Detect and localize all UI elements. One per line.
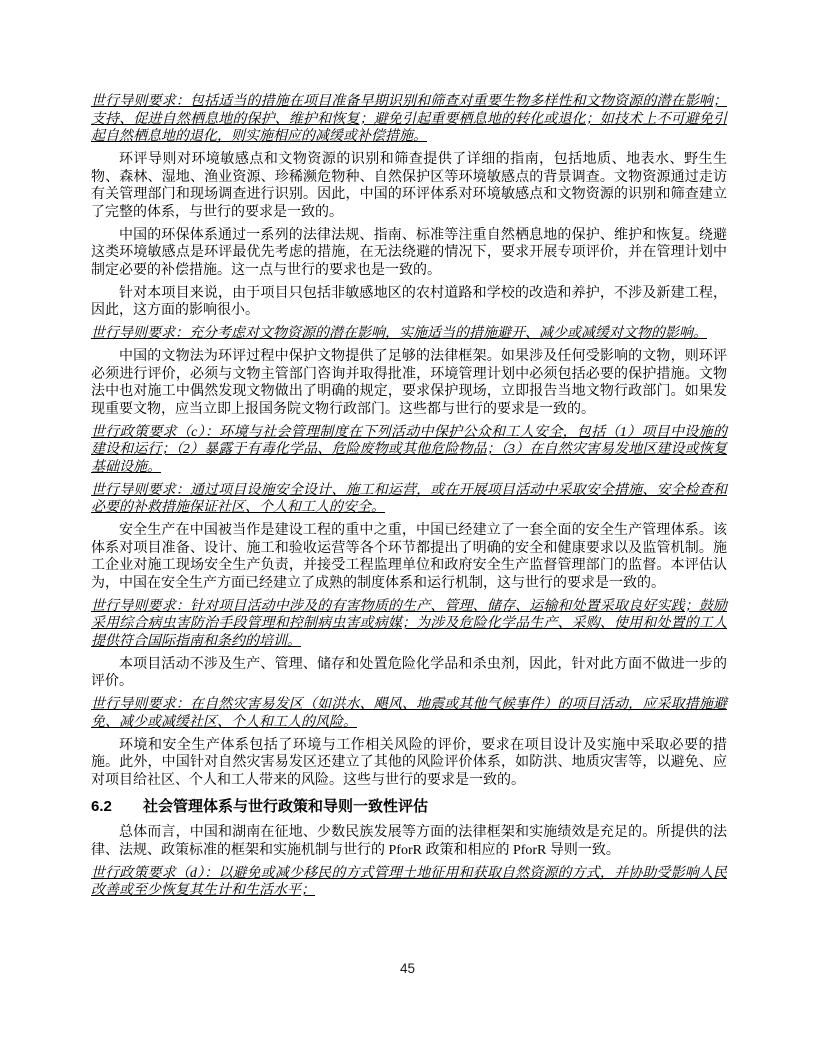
wb-guideline-requirement-paragraph: 世行导则要求：针对项目活动中涉及的有害物质的生产、管理、储存、运输和处置采取良好… <box>91 598 727 651</box>
section-number: 6.2 <box>91 797 143 817</box>
body-paragraph: 环评导则对环境敏感点和文物资源的识别和筛查提供了详细的指南，包括地质、地表水、野… <box>91 151 727 221</box>
section-title: 社会管理体系与世行政策和导则一致性评估 <box>143 797 428 817</box>
body-paragraph: 总体而言，中国和湖南在征地、少数民族发展等方面的法律框架和实施绩效是充足的。所提… <box>91 824 727 859</box>
wb-policy-requirement-paragraph: 世行政策要求（d）：以避免或减少移民的方式管理土地征用和获取自然资源的方式，并协… <box>91 865 727 900</box>
section-heading: 6.2 社会管理体系与世行政策和导则一致性评估 <box>91 797 727 817</box>
wb-policy-requirement-paragraph: 世行政策要求（c）：环境与社会管理制度在下列活动中保护公众和工人安全，包括（1）… <box>91 424 727 477</box>
document-page: 世行导则要求：包括适当的措施在项目准备早期识别和筛查对重要生物多样性和文物资源的… <box>0 0 815 1055</box>
body-paragraph: 针对本项目来说，由于项目只包括非敏感地区的农村道路和学校的改造和养护，不涉及新建… <box>91 285 727 320</box>
wb-guideline-requirement-paragraph: 世行导则要求：通过项目设施安全设计、施工和运营，或在开展项目活动中采取安全措施、… <box>91 482 727 517</box>
body-paragraph: 中国的环保体系通过一系列的法律法规、指南、标准等注重自然栖息地的保护、维护和恢复… <box>91 227 727 280</box>
wb-guideline-requirement-paragraph: 世行导则要求：充分考虑对文物资源的潜在影响，实施适当的措施避开、减少或减缓对文物… <box>91 325 727 343</box>
body-paragraph: 中国的文物法为环评过程中保护文物提供了足够的法律框架。如果涉及任何受影响的文物，… <box>91 348 727 418</box>
body-paragraph: 安全生产在中国被当作是建设工程的重中之重，中国已经建立了一套全面的安全生产管理体… <box>91 522 727 592</box>
page-number: 45 <box>0 961 815 976</box>
body-paragraph: 本项目活动不涉及生产、管理、储存和处置危险化学品和杀虫剂，因此，针对此方面不做进… <box>91 656 727 691</box>
wb-guideline-requirement-paragraph: 世行导则要求：在自然灾害易发区（如洪水、飓风、地震或其他气候事件）的项目活动，应… <box>91 696 727 731</box>
wb-guideline-requirement-paragraph: 世行导则要求：包括适当的措施在项目准备早期识别和筛查对重要生物多样性和文物资源的… <box>91 93 727 146</box>
body-paragraph: 环境和安全生产体系包括了环境与工作相关风险的评价，要求在项目设计及实施中采取必要… <box>91 737 727 790</box>
